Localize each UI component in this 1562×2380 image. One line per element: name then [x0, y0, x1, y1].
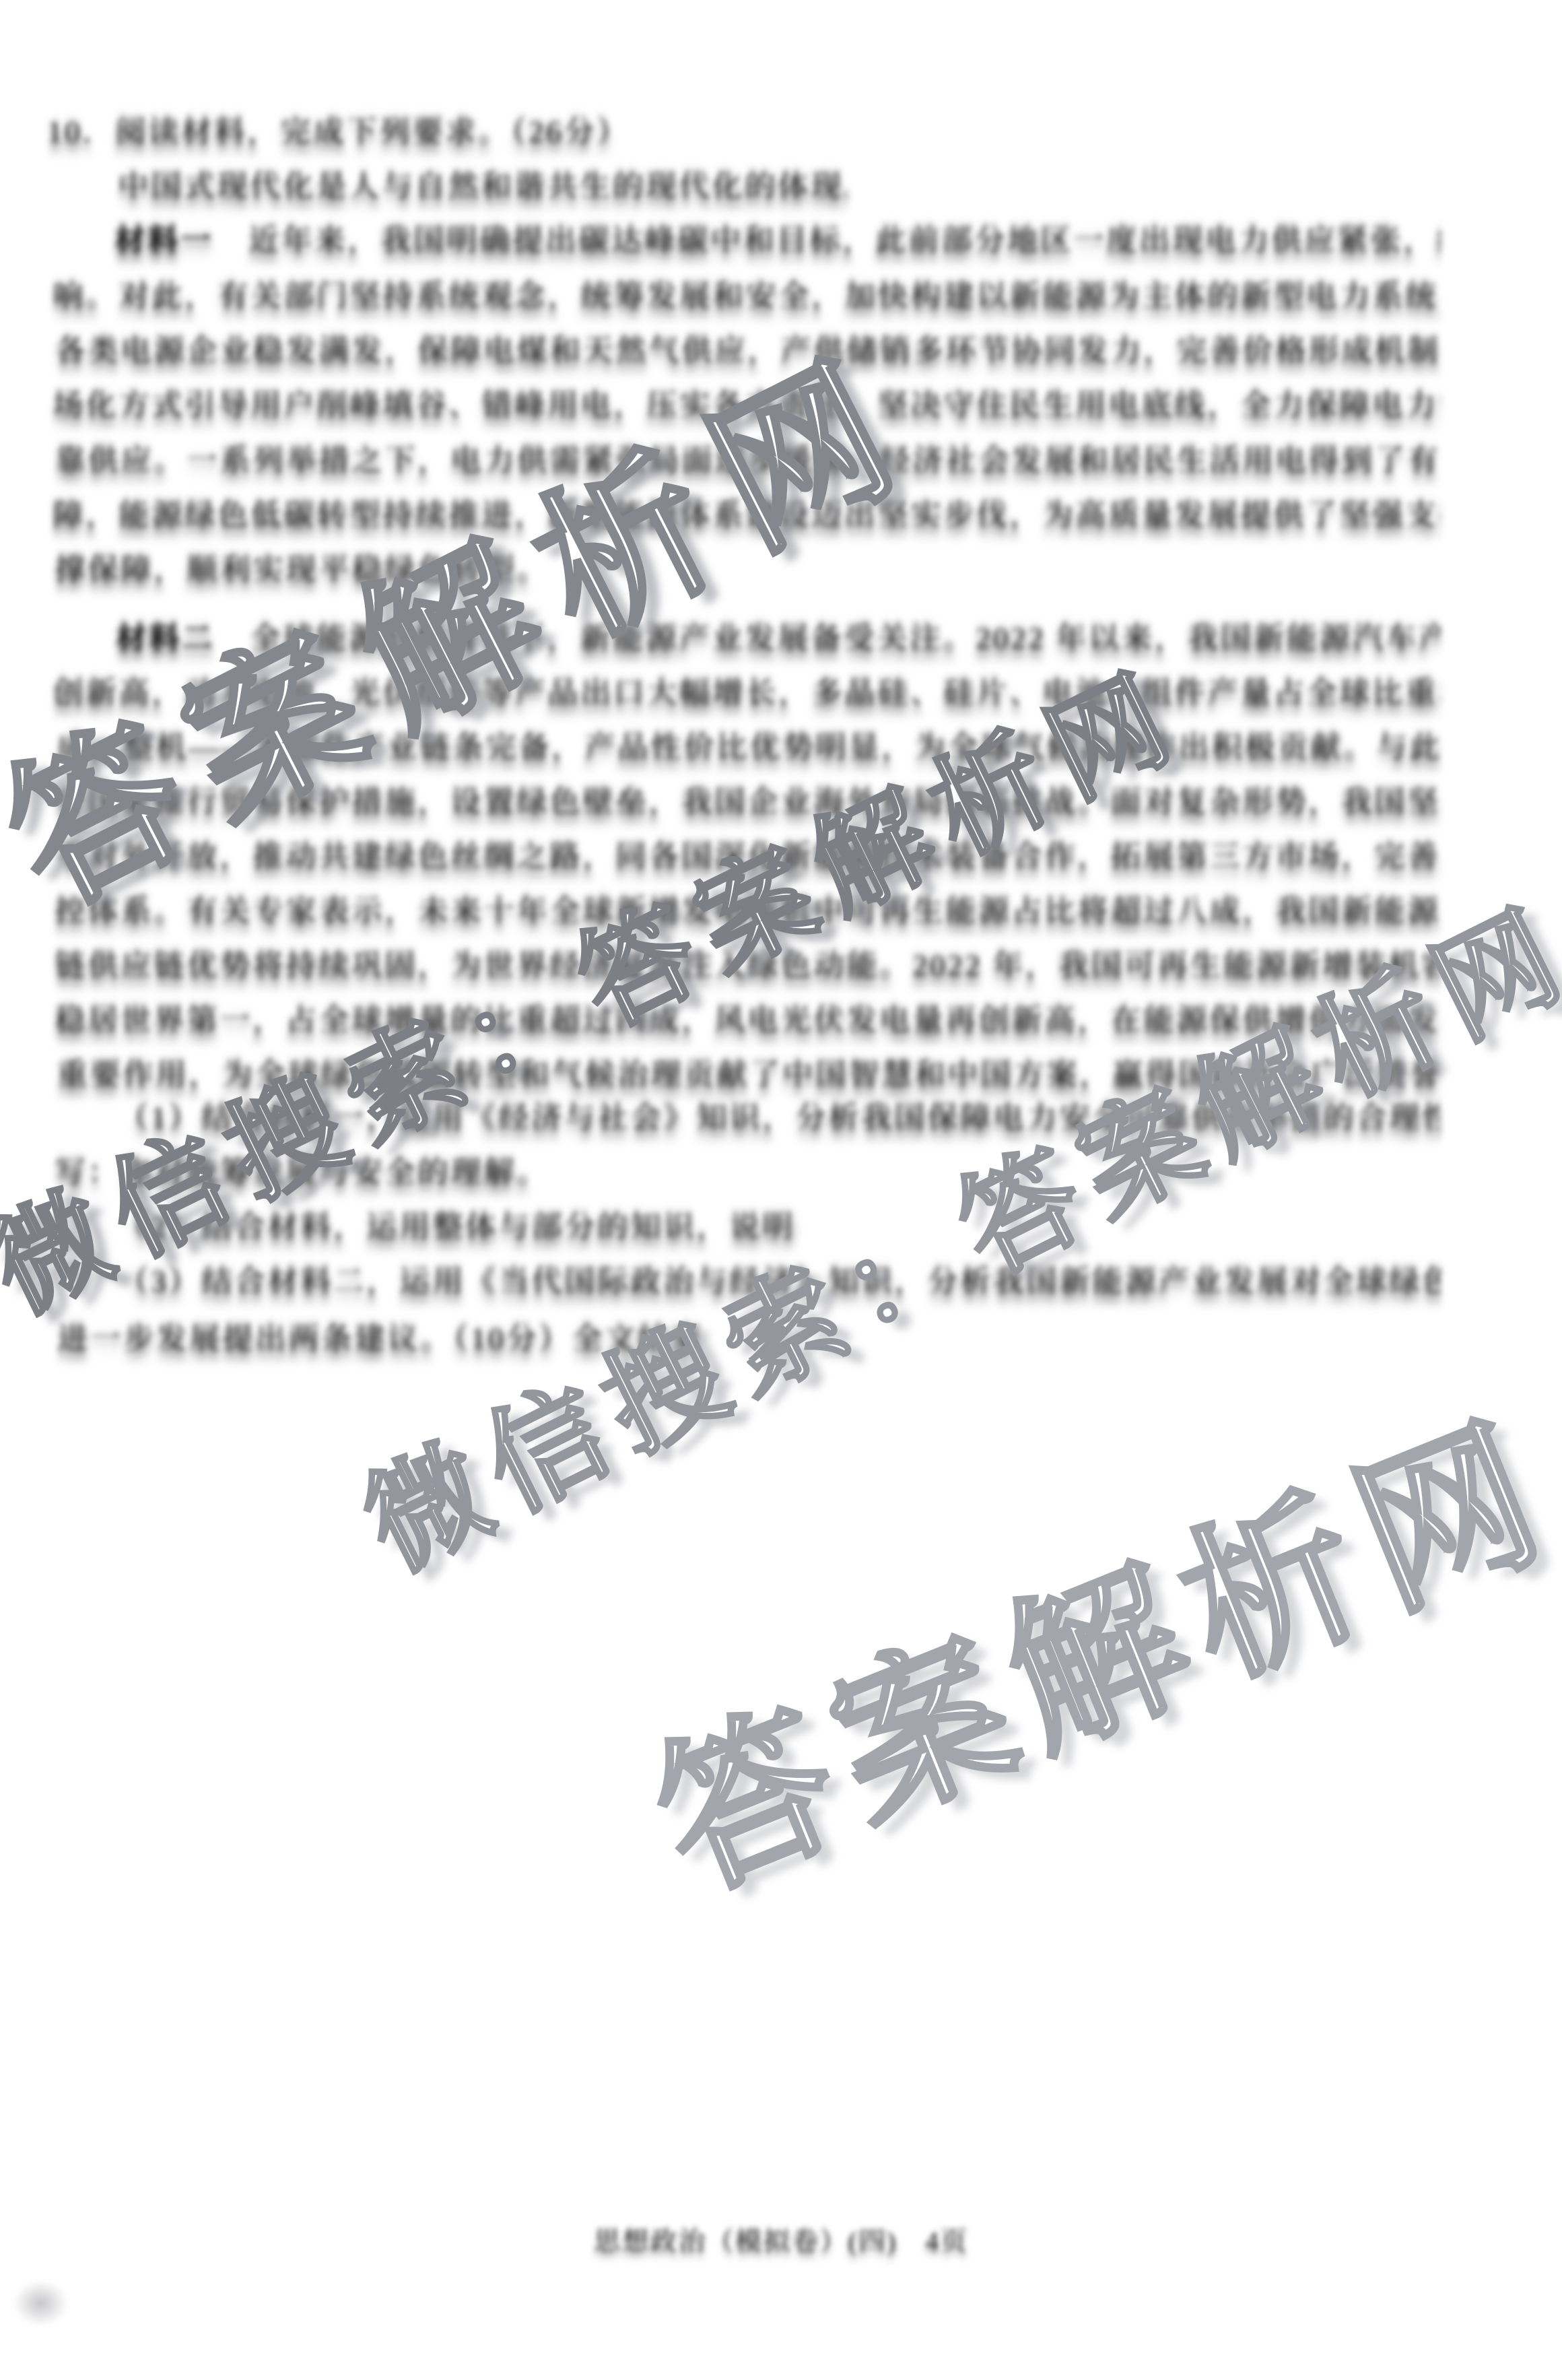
text-line: 响。对此，有关部门坚持系统观念，统筹发展和安全，加快构建以新能源为主体的新型电力…: [53, 269, 1441, 323]
line-text: 中国式现代化是人与自然和谐共生的现代化的体现。: [118, 169, 848, 203]
sub-question-1-line: （1）结合材料一，运用《经济与社会》知识，分析我国保障电力安全可靠供应举措的合理…: [118, 1091, 1441, 1145]
line-text: 成，整机——零部件产业链条完备，产品性价比优势明显，为全球气候治理作出积极贡献。…: [57, 730, 1441, 764]
line-text: 分国家推行贸易保护措施，设置绿色壁垒，我国企业海外布局面临挑战。面对复杂形势，我…: [55, 785, 1441, 819]
line-text: 进一步发展提出两条建议。（10分）全文结束: [57, 1321, 704, 1356]
text-line: 链供应链优势将持续巩固，为世界经济复苏注入绿色动能。2022 年，我国可再生能源…: [55, 939, 1441, 993]
sub-question-3-cont-line: 进一步发展提出两条建议。（10分）全文结束: [57, 1312, 714, 1366]
text-line: 场化方式引导用户削峰填谷、错峰用电，压实各方责任，坚决守住民生用电底线，全力保障…: [53, 378, 1441, 432]
question-header-line: 10．阅读材料，完成下列要求。（26分）: [47, 105, 646, 159]
line-text: 控体系。有关专家表示，未来十年全球新增发电装机中可再生能源占比将超过八成，我国新…: [55, 894, 1441, 928]
line-text: 平对外开放，推动共建绿色丝绸之路，同各国深化新能源技术装备合作，拓展第三方市场，…: [55, 839, 1441, 873]
corner-smudge-artifact: [5, 2274, 76, 2333]
line-text: 重要作用，为全球绿色低碳转型和气候治理贡献了中国智慧和中国方案，赢得国际社会广泛…: [57, 1057, 1441, 1092]
line-text: 创新高，动力电池、光伏组件等产品出口大幅增长，多晶硅、硅片、电池、组件产量占全球…: [53, 675, 1441, 710]
body-text-layer: 10．阅读材料，完成下列要求。（26分）中国式现代化是人与自然和谐共生的现代化的…: [0, 0, 1562, 2380]
text-line: 各类电源企业稳发满发，保障电煤和天然气供应，产供储销多环节协同发力，完善价格形成…: [55, 324, 1441, 378]
sub-question-2-line: （2）结合材料，运用整体与部分的知识，说明电力保供的依据。（8分）: [118, 1200, 798, 1254]
line-text: （1）结合材料一，运用《经济与社会》知识，分析我国保障电力安全可靠供应举措的合理…: [118, 1100, 1441, 1135]
line-text: 各类电源企业稳发满发，保障电煤和天然气供应，产供储销多环节协同发力，完善价格形成…: [55, 333, 1441, 368]
line-text: 撑保障，顺利实现平稳绿色转型。: [55, 552, 549, 587]
text-line: 创新高，动力电池、光伏组件等产品出口大幅增长，多晶硅、硅片、电池、组件产量占全球…: [53, 666, 1441, 720]
text-line: 控体系。有关专家表示，未来十年全球新增发电装机中可再生能源占比将超过八成，我国新…: [55, 884, 1441, 938]
line-text: 链供应链优势将持续巩固，为世界经济复苏注入绿色动能。2022 年，我国可再生能源…: [55, 948, 1441, 983]
text-line: 稳居世界第一，占全球增量的比重超过四成，风电光伏发电量再创新高，在能源保供增供方…: [55, 993, 1441, 1047]
line-text: 场化方式引导用户削峰填谷、错峰用电，压实各方责任，坚决守住民生用电底线，全力保障…: [53, 388, 1441, 422]
material-1-first-line: 材料一近年来，我国明确提出碳达峰碳中和目标，此前部分地区一度出现电力供应紧张，给…: [114, 213, 1441, 267]
line-text: （2）结合材料，运用整体与部分的知识，说明电力保供的依据。（8分）: [118, 1210, 798, 1244]
line-text: 10．阅读材料，完成下列要求。（26分）: [47, 114, 630, 149]
line-text: 靠供应。一系列举措之下，电力供需紧张局面逐步缓解，经济社会发展和居民生活用电得到…: [55, 443, 1441, 477]
text-line: 平对外开放，推动共建绿色丝绸之路，同各国深化新能源技术装备合作，拓展第三方市场，…: [55, 830, 1441, 884]
footer-text: 思想政治（模拟卷）(四) 4页: [594, 2226, 969, 2256]
line-text: 响。对此，有关部门坚持系统观念，统筹发展和安全，加快构建以新能源为主体的新型电力…: [53, 279, 1441, 313]
material-label: 材料一: [114, 223, 213, 257]
line-text: （3）结合材料二，运用《当代国际政治与经济》知识，分析我国新能源产业发展对全球绿…: [118, 1264, 1441, 1298]
line-text: 近年来，我国明确提出碳达峰碳中和目标，此前部分地区一度出现电力供应紧张，给生产生: [248, 223, 1441, 257]
text-line: 成，整机——零部件产业链条完备，产品性价比优势明显，为全球气候治理作出积极贡献。…: [57, 721, 1441, 774]
sub-question-3-line: （3）结合材料二，运用《当代国际政治与经济》知识，分析我国新能源产业发展对全球绿…: [118, 1255, 1441, 1309]
line-text: 写：你对统筹发展与安全的理解。: [55, 1155, 539, 1189]
exam-page: 10．阅读材料，完成下列要求。（26分）中国式现代化是人与自然和谐共生的现代化的…: [0, 0, 1562, 2380]
text-line: 障，能源绿色低碳转型持续推进，新型能源体系建设迈出坚实步伐，为高质量发展提供了坚…: [53, 488, 1441, 542]
material-label: 材料二: [116, 621, 215, 655]
paragraph-end-line: 撑保障，顺利实现平稳绿色转型。: [55, 543, 586, 597]
line-text: 稳居世界第一，占全球增量的比重超过四成，风电光伏发电量再创新高，在能源保供增供方…: [55, 1003, 1441, 1037]
sub-question-1-cont-line: 写：你对统筹发展与安全的理解。: [55, 1146, 539, 1199]
line-text: 障，能源绿色低碳转型持续推进，新型能源体系建设迈出坚实步伐，为高质量发展提供了坚…: [53, 498, 1441, 532]
page-footer: 思想政治（模拟卷）(四) 4页: [0, 2220, 1562, 2258]
line-text: 全球能源危机背景下，新能源产业发展备受关注。2022 年以来，我国新能源汽车产销…: [250, 621, 1441, 655]
material-2-first-line: 材料二全球能源危机背景下，新能源产业发展备受关注。2022 年以来，我国新能源汽…: [116, 611, 1441, 665]
text-line: 靠供应。一系列举措之下，电力供需紧张局面逐步缓解，经济社会发展和居民生活用电得到…: [55, 434, 1441, 488]
intro-line: 中国式现代化是人与自然和谐共生的现代化的体现。: [118, 160, 848, 213]
text-line: 分国家推行贸易保护措施，设置绿色壁垒，我国企业海外布局面临挑战。面对复杂形势，我…: [55, 775, 1441, 829]
